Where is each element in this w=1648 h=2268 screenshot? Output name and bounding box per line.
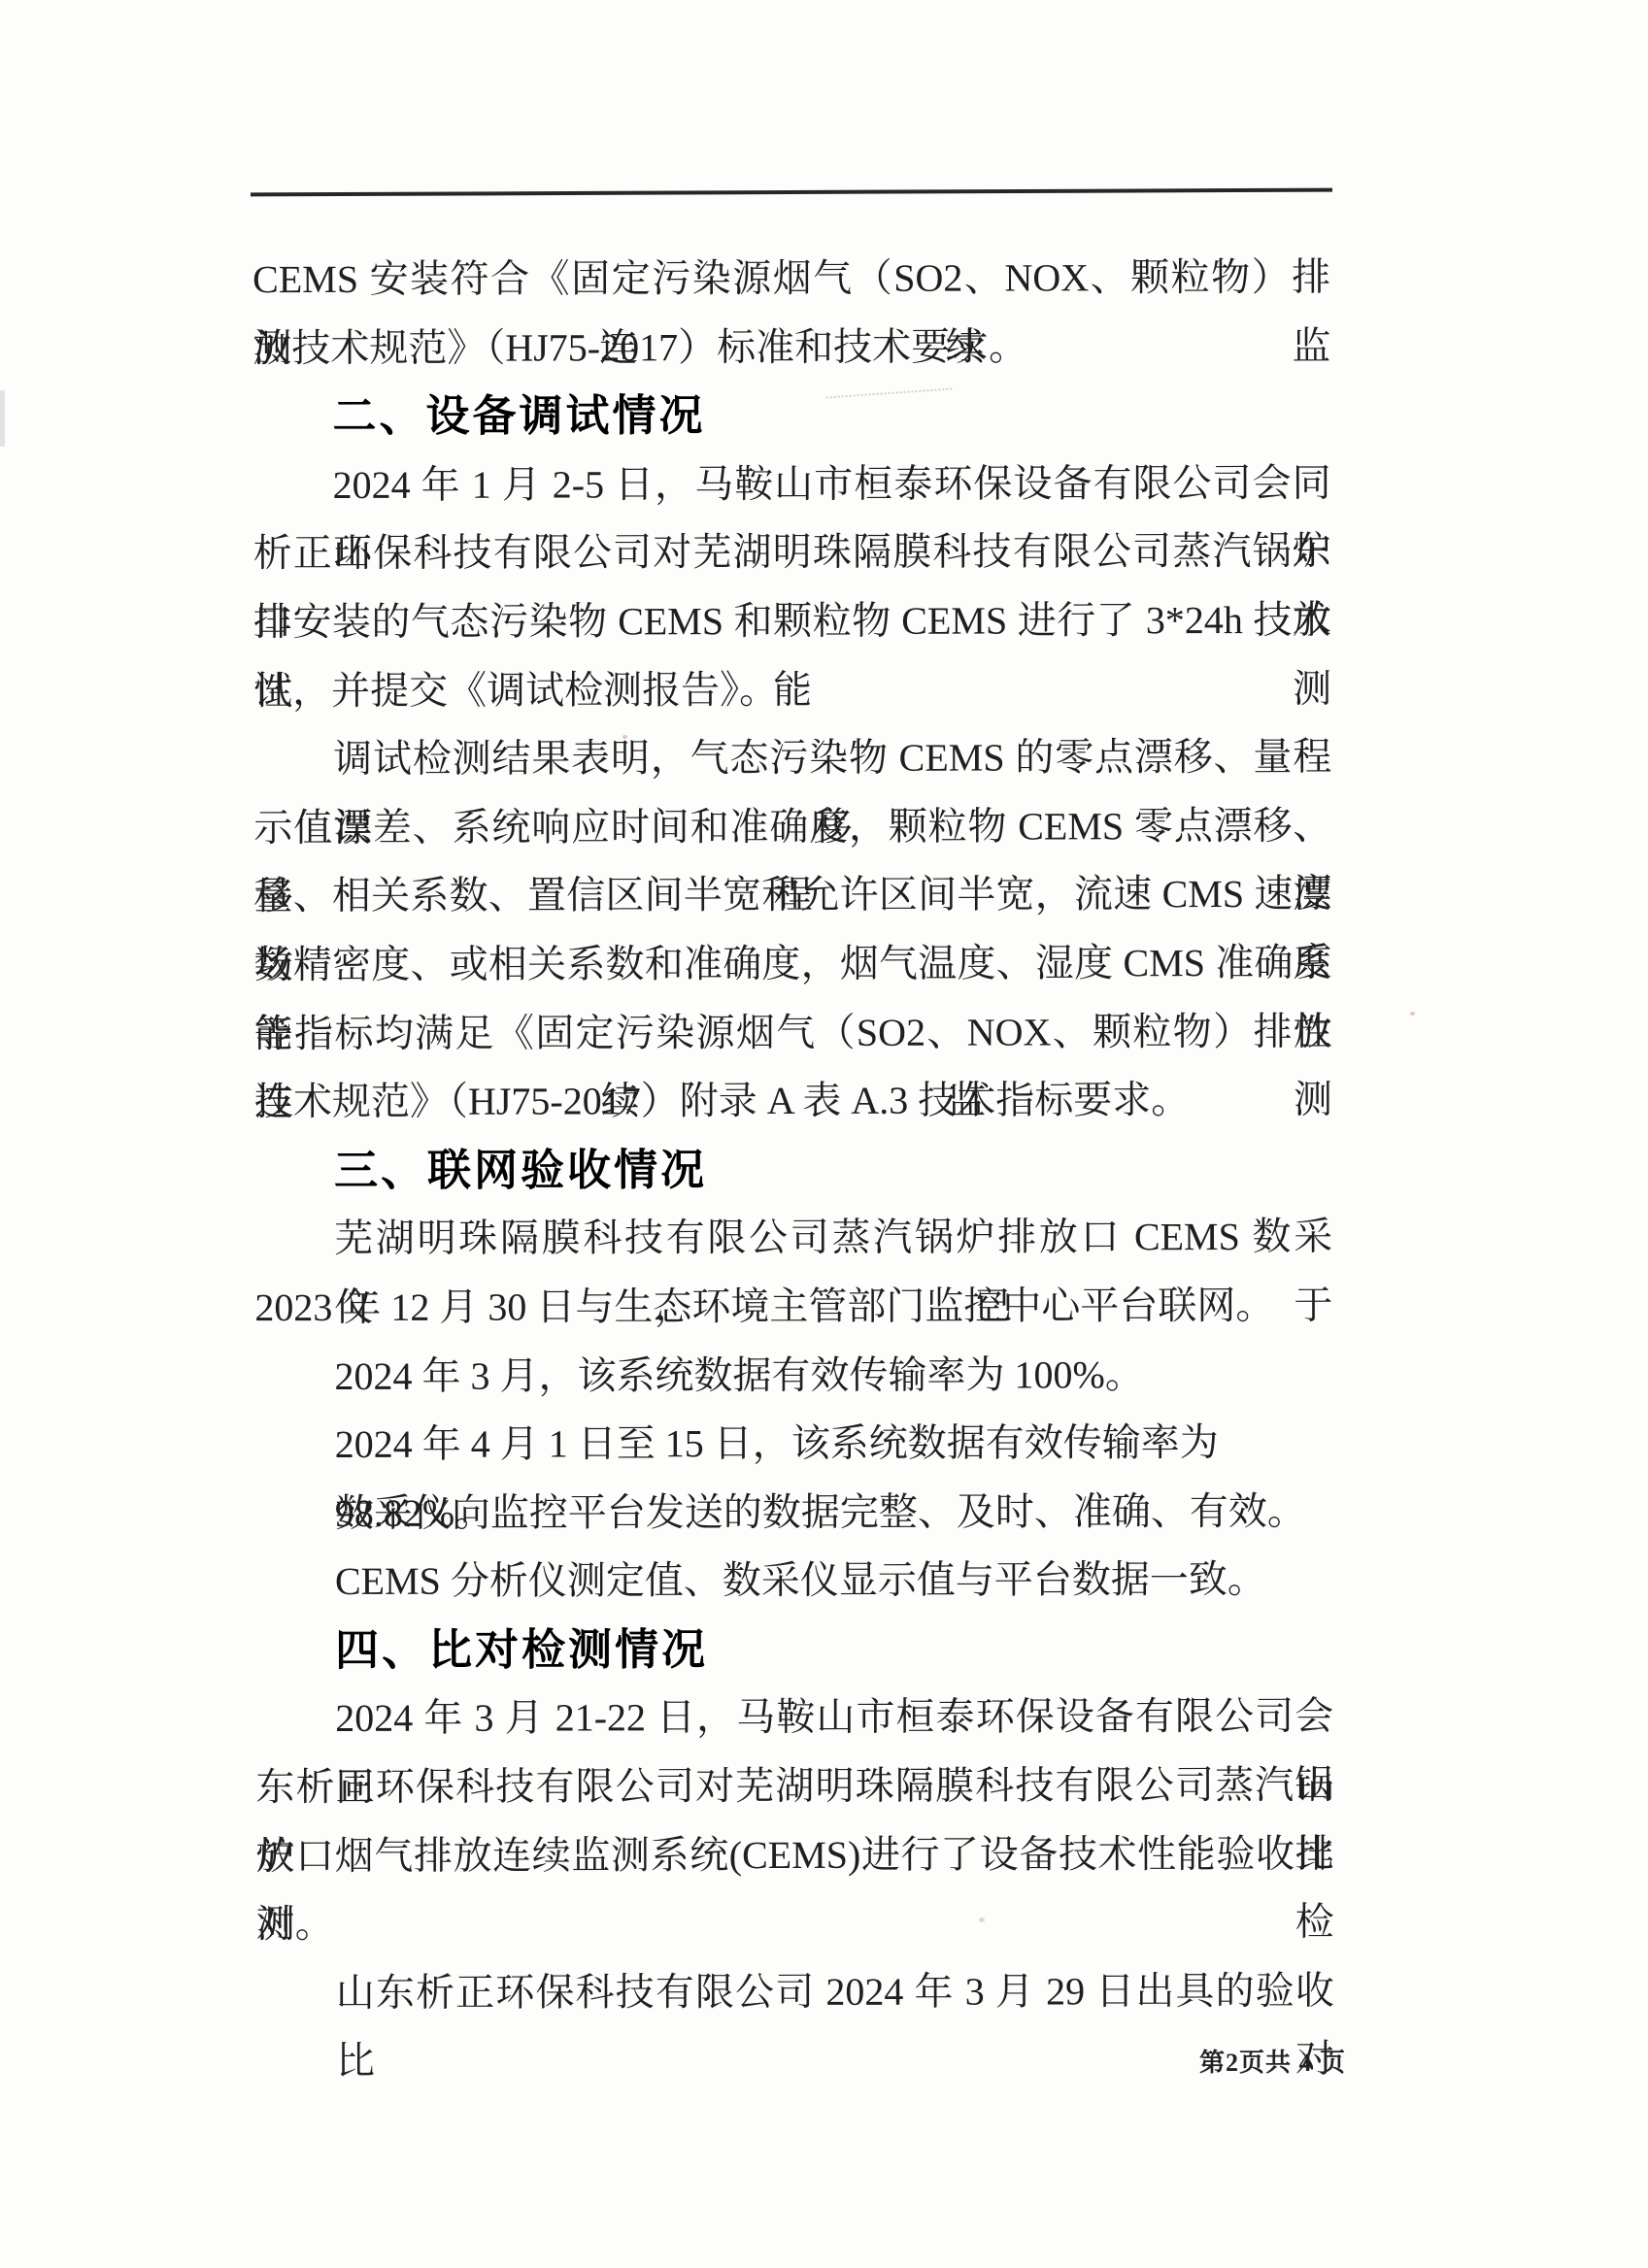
text-line: 2023 年 12 月 30 日与生态环境主管部门监控中心平台联网。 (254, 1272, 1332, 1343)
text-line: CEMS 分析仪测定值、数采仪显示值与平台数据一致。 (255, 1546, 1333, 1617)
document-body: CEMS 安装符合《固定污染源烟气（SO2、NOX、颗粒物）排放连续监测技术规范… (252, 244, 1334, 2028)
text-line: 2024 年 3 月 21-22 日，马鞍山市桓泰环保设备有限公司会同山 (255, 1683, 1333, 1753)
text-line: 调试检测结果表明，气态污染物 CEMS 的零点漂移、量程漂移、 (253, 723, 1331, 794)
text-line: 移、相关系数、置信区间半宽和允许区间半宽，流速 CMS 速度场系 (253, 860, 1331, 931)
text-line: 口安装的气态污染物 CEMS 和颗粒物 CEMS 进行了 3*24h 技术性能测 (253, 586, 1331, 657)
text-line: 能指标均满足《固定污染源烟气（SO2、NOX、颗粒物）排放连续监测 (254, 997, 1332, 1068)
text-line: 析正环保科技有限公司对芜湖明珠隔膜科技有限公司蒸汽锅炉排放 (253, 517, 1331, 588)
header-rule (251, 188, 1332, 197)
text-line: 山东析正环保科技有限公司 2024 年 3 月 29 日出具的验收比对 (256, 1957, 1334, 2028)
text-line: 2024 年 4 月 1 日至 15 日，该系统数据有效传输率为 98.82%。 (255, 1409, 1333, 1480)
text-line: 芜湖明珠隔膜科技有限公司蒸汽锅炉排放口 CEMS 数采仪，已于 (254, 1203, 1332, 1274)
text-line: 东析正环保科技有限公司对芜湖明珠隔膜科技有限公司蒸汽锅炉排 (255, 1751, 1333, 1822)
text-line: 数采仪向监控平台发送的数据完整、及时、准确、有效。 (255, 1478, 1333, 1549)
section-heading: 三、联网验收情况 (254, 1135, 1332, 1206)
page-number: 第2页共 4 页 (1199, 2043, 1346, 2079)
text-line: 数精密度、或相关系数和准确度，烟气温度、湿度 CMS 准确度等性 (254, 929, 1332, 1000)
scanned-document-page: CEMS 安装符合《固定污染源烟气（SO2、NOX、颗粒物）排放连续监测技术规范… (0, 0, 1648, 2268)
text-line: 技术规范》（HJ75-2017）附录 A 表 A.3 技术指标要求。 (254, 1066, 1332, 1137)
section-heading: 四、比对检测情况 (255, 1615, 1333, 1685)
section-heading: 二、设备调试情况 (252, 381, 1330, 451)
text-line: 示值误差、系统响应时间和准确度，颗粒物 CEMS 零点漂移、量程漂 (253, 792, 1331, 863)
scan-edge-artifact (0, 390, 5, 447)
text-line: 2024 年 1 月 2-5 日，马鞍山市桓泰环保设备有限公司会同山东 (253, 450, 1331, 520)
scan-speck (1410, 1012, 1415, 1016)
text-line: 2024 年 3 月，该系统数据有效传输率为 100%。 (254, 1340, 1332, 1411)
text-line: 放口烟气排放连续监测系统(CEMS)进行了设备技术性能验收比对检 (255, 1819, 1333, 1890)
text-line: CEMS 安装符合《固定污染源烟气（SO2、NOX、颗粒物）排放连续监 (252, 244, 1330, 315)
